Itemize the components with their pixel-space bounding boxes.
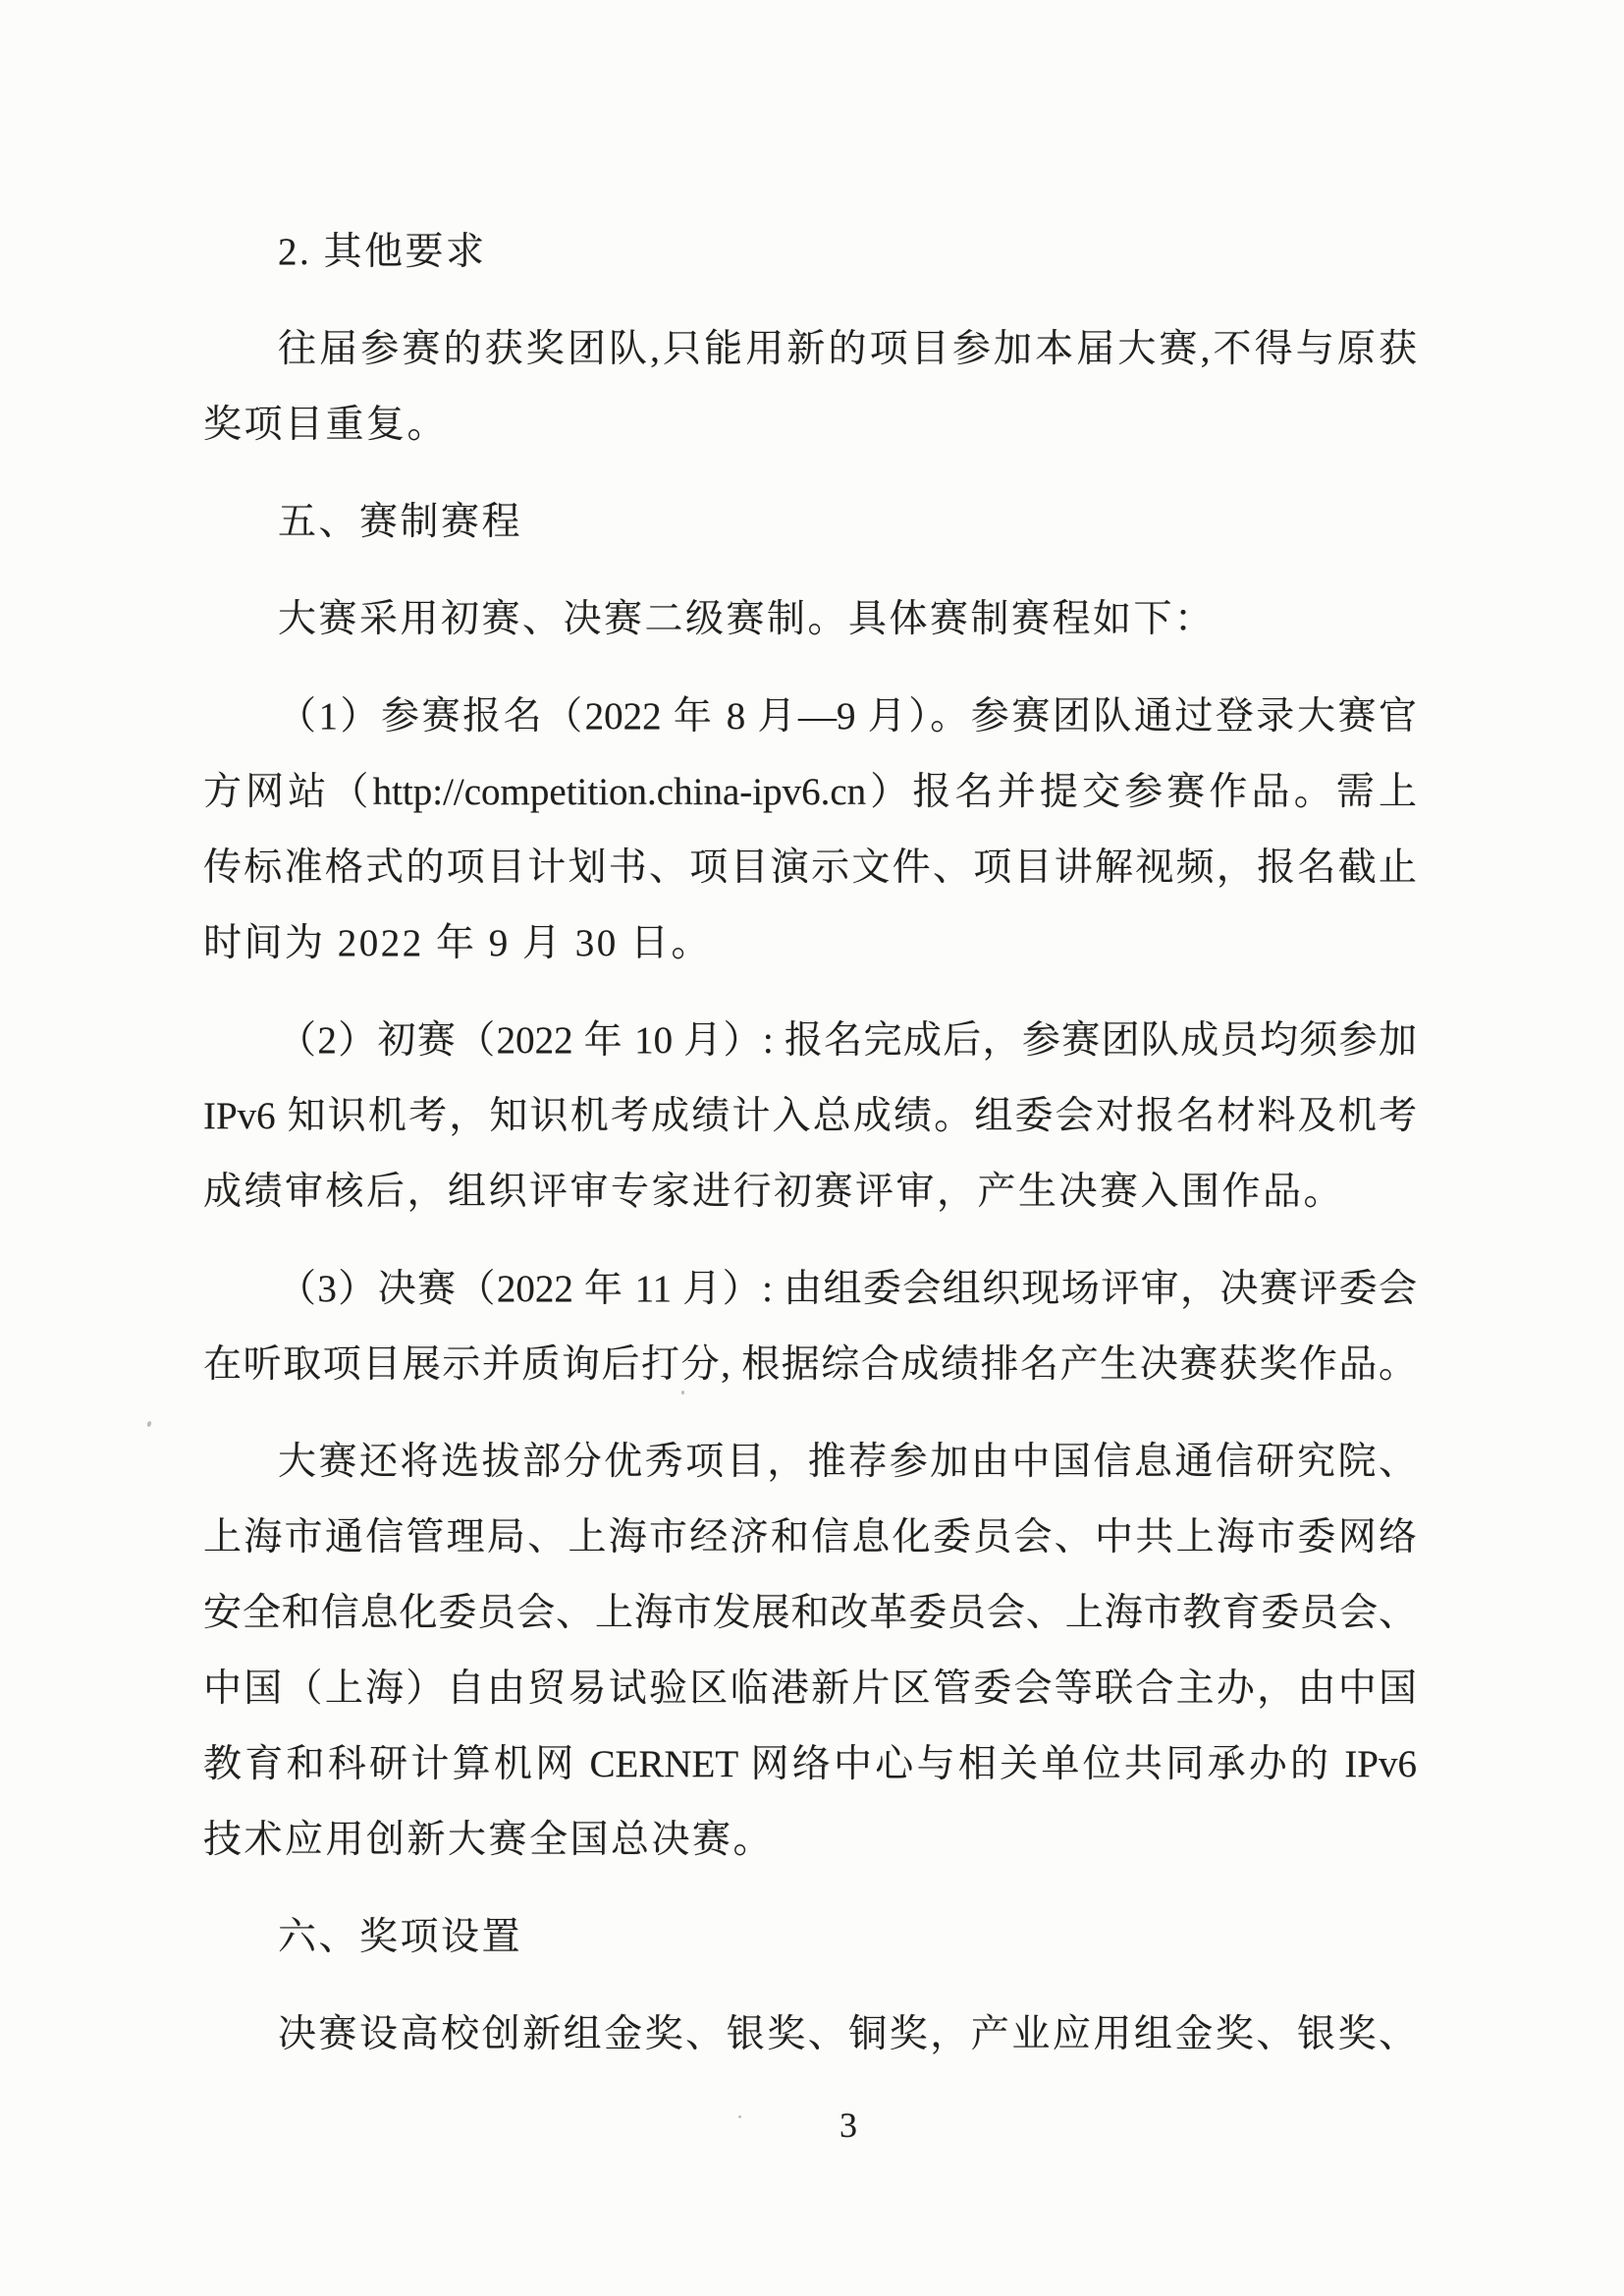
text-line: IPv6 知识机考，知识机考成绩计入总成绩。组委会对报名材料及机考: [203, 1078, 1417, 1154]
paragraph: 大赛采用初赛、决赛二级赛制。具体赛制赛程如下：: [203, 581, 1417, 657]
text-line: （1）参赛报名（2022 年 8 月—9 月）。参赛团队通过登录大赛官: [203, 679, 1417, 754]
text-line: 五、赛制赛程: [203, 484, 1417, 560]
text-line: 大赛还将选拔部分优秀项目，推荐参加由中国信息通信研究院、: [203, 1424, 1417, 1500]
text-line: 奖项目重复。: [203, 387, 1417, 463]
text-line: 方网站（http://competition.china-ipv6.cn）报名并…: [203, 754, 1417, 830]
text-line: 大赛采用初赛、决赛二级赛制。具体赛制赛程如下：: [203, 581, 1417, 657]
paragraph: 六、奖项设置: [203, 1899, 1417, 1975]
paragraph: 2. 其他要求: [203, 214, 1417, 290]
text-line: 教育和科研计算机网 CERNET 网络中心与相关单位共同承办的 IPv6: [203, 1726, 1417, 1802]
scan-speck: [146, 1420, 152, 1427]
paragraph: （1）参赛报名（2022 年 8 月—9 月）。参赛团队通过登录大赛官方网站（h…: [203, 679, 1417, 981]
text-line: （2）初赛（2022 年 10 月）: 报名完成后，参赛团队成员均须参加: [203, 1003, 1417, 1078]
paragraph: 决赛设高校创新组金奖、银奖、铜奖，产业应用组金奖、银奖、: [203, 1996, 1417, 2072]
paragraph: （2）初赛（2022 年 10 月）: 报名完成后，参赛团队成员均须参加IPv6…: [203, 1003, 1417, 1230]
text-block: 2. 其他要求往届参赛的获奖团队,只能用新的项目参加本届大赛,不得与原获奖项目重…: [203, 214, 1417, 2072]
paragraph: 往届参赛的获奖团队,只能用新的项目参加本届大赛,不得与原获奖项目重复。: [203, 311, 1417, 463]
scan-speck: [738, 2115, 741, 2118]
text-line: 安全和信息化委员会、上海市发展和改革委员会、上海市教育委员会、: [203, 1575, 1417, 1651]
scan-speck: [681, 1391, 684, 1394]
text-line: 上海市通信管理局、上海市经济和信息化委员会、中共上海市委网络: [203, 1500, 1417, 1575]
text-line: （3）决赛（2022 年 11 月）: 由组委会组织现场评审，决赛评委会: [203, 1251, 1417, 1327]
paragraph: 大赛还将选拔部分优秀项目，推荐参加由中国信息通信研究院、上海市通信管理局、上海市…: [203, 1424, 1417, 1878]
paragraph: （3）决赛（2022 年 11 月）: 由组委会组织现场评审，决赛评委会在听取项…: [203, 1251, 1417, 1402]
text-line: 决赛设高校创新组金奖、银奖、铜奖，产业应用组金奖、银奖、: [203, 1996, 1417, 2072]
text-line: 2. 其他要求: [203, 214, 1417, 290]
text-line: 技术应用创新大赛全国总决赛。: [203, 1802, 1417, 1878]
text-line: 往届参赛的获奖团队,只能用新的项目参加本届大赛,不得与原获: [203, 311, 1417, 387]
text-line: 成绩审核后，组织评审专家进行初赛评审，产生决赛入围作品。: [203, 1154, 1417, 1230]
text-line: 传标准格式的项目计划书、项目演示文件、项目讲解视频，报名截止: [203, 830, 1417, 905]
text-line: 时间为 2022 年 9 月 30 日。: [203, 905, 1417, 981]
document-page: 2. 其他要求往届参赛的获奖团队,只能用新的项目参加本届大赛,不得与原获奖项目重…: [0, 0, 1624, 2296]
text-line: 六、奖项设置: [203, 1899, 1417, 1975]
text-line: 在听取项目展示并质询后打分, 根据综合成绩排名产生决赛获奖作品。: [203, 1327, 1417, 1402]
paragraph: 五、赛制赛程: [203, 484, 1417, 560]
text-line: 中国（上海）自由贸易试验区临港新片区管委会等联合主办，由中国: [203, 1651, 1417, 1726]
page-number: 3: [0, 2105, 1624, 2145]
